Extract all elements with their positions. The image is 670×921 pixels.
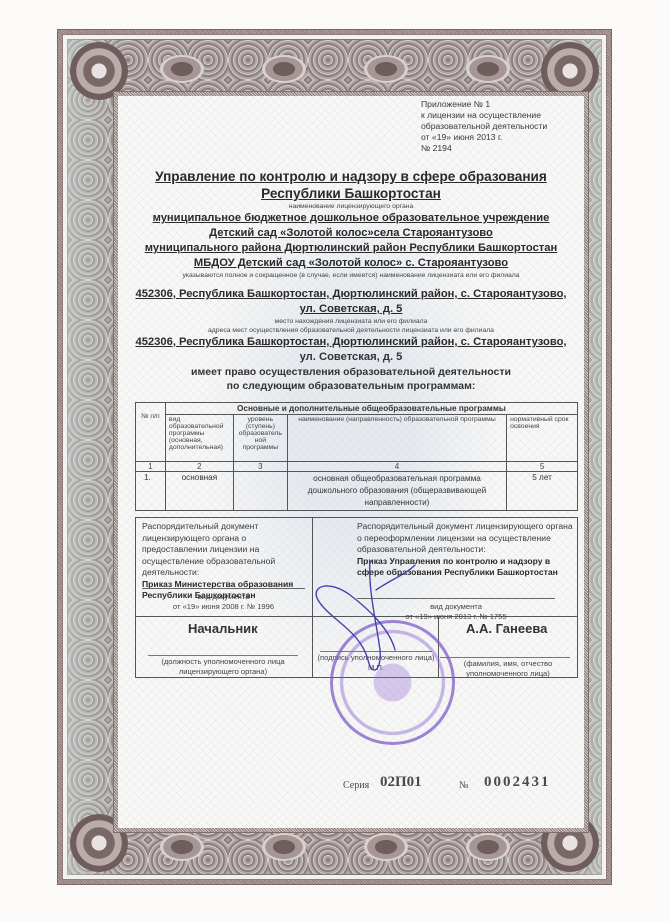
grant-document-text: Распорядительный документ лицензирующего… [142,521,307,579]
row-level [233,472,287,511]
series-value: 02П01 [380,774,422,791]
licensee-line: МБДОУ Детский сад «Золотой колос» с. Ста… [118,256,584,271]
header-name: наименование (направленность) образовате… [287,415,506,462]
appendix-line: Приложение № 1 [421,99,547,110]
header-num: № п/п [136,403,166,462]
appendix-line: № 2194 [421,143,547,154]
border-medallion-icon [160,833,204,861]
location-line-1: 452306, Республика Башкортостан, Дюртюли… [118,287,584,302]
border-medallion-icon [364,833,408,861]
licensee-line: муниципального района Дюртюлинский район… [118,241,584,256]
appendix-line: образовательной деятельности [421,121,547,132]
rights-line-1: имеет право осуществления образовательно… [118,365,584,379]
underline [440,657,570,658]
official-name: А.А. Ганеева [466,621,547,636]
appendix-line: от «19» июня 2013 г. [421,132,547,143]
row-type: основная [165,472,233,511]
licensee-name: муниципальное бюджетное дошкольное образ… [118,211,584,280]
position-caption: (должность уполномоченного лица лицензир… [148,657,298,677]
licensee-line: Детский сад «Золотой колос»села Старояан… [118,226,584,241]
row-name-line: основная общеобразовательная программа [291,473,503,485]
authority-line-1: Управление по контролю и надзору в сфере… [118,168,584,185]
licensee-location: 452306, Республика Башкортостан, Дюртюли… [118,287,584,393]
grant-document-date: от «19» июня 2008 г. № 1996 [142,602,305,612]
header-level: уровень (ступень) образователь ной прогр… [233,415,287,462]
licensee-caption: указываются полное и сокращенное (в случ… [118,271,584,280]
header-term: нормативный срок освоения [507,415,578,462]
header-type: вид образовательной программы (основная,… [165,415,233,462]
header-group: Основные и дополнительные общеобразовате… [165,403,577,415]
programs-table: № п/п Основные и дополнительные общеобра… [135,402,578,511]
name-caption: (фамилия, имя, отчество уполномоченного … [446,659,570,679]
border-medallion-icon [466,833,510,861]
index-cell: 1 [136,462,166,472]
row-name: основная общеобразовательная программа д… [287,472,506,511]
series-label: Серия [343,780,369,791]
index-cell: 4 [287,462,506,472]
location-caption: место нахождения лицензиата или его фили… [118,317,584,326]
appendix-note: Приложение № 1 к лицензии на осуществлен… [421,99,547,154]
table-row: 1. основная основная общеобразовательная… [136,472,578,511]
index-cell: 3 [233,462,287,472]
rights-line-2: по следующим образовательным программам: [118,379,584,393]
row-term: 5 лет [507,472,578,511]
reissue-document-text: Распорядительный документ лицензирующего… [357,521,575,556]
index-cell: 5 [507,462,578,472]
grant-document-caption: вид документа [142,592,305,602]
border-medallion-icon [364,55,408,83]
underline [148,655,298,656]
licensing-authority: Управление по контролю и надзору в сфере… [118,168,584,211]
border-medallion-icon [262,833,306,861]
authority-caption: наименование лицензирующего органа [118,202,584,211]
row-num: 1. [136,472,166,511]
table-header-row: вид образовательной программы (основная,… [136,415,578,462]
activity-address-line-2: ул. Советская, д. 5 [118,350,584,365]
authority-line-2: Республики Башкортостан [118,185,584,202]
border-medallion-icon [262,55,306,83]
licensee-line: муниципальное бюджетное дошкольное образ… [118,211,584,226]
table-index-row: 1 2 3 4 5 [136,462,578,472]
grant-document: Распорядительный документ лицензирующего… [142,521,307,602]
number-label: № [459,780,469,791]
official-position: Начальник [188,621,258,636]
activity-address-line-1: 452306, Республика Башкортостан, Дюртюли… [118,335,584,350]
number-value: 0002431 [484,774,551,791]
border-medallion-icon [160,55,204,83]
appendix-line: к лицензии на осуществление [421,110,547,121]
border-medallion-icon [466,55,510,83]
grant-document-meta: вид документа от «19» июня 2008 г. № 199… [142,592,305,612]
index-cell: 2 [165,462,233,472]
activity-address-caption: адреса мест осуществления образовательно… [118,326,584,335]
row-name-line: дошкольного образования (общеразвивающей… [291,485,503,509]
table-header-row: № п/п Основные и дополнительные общеобра… [136,403,578,415]
handwritten-signature-icon [310,560,420,680]
underline [142,588,305,589]
location-line-2: ул. Советская, д. 5 [118,302,584,317]
